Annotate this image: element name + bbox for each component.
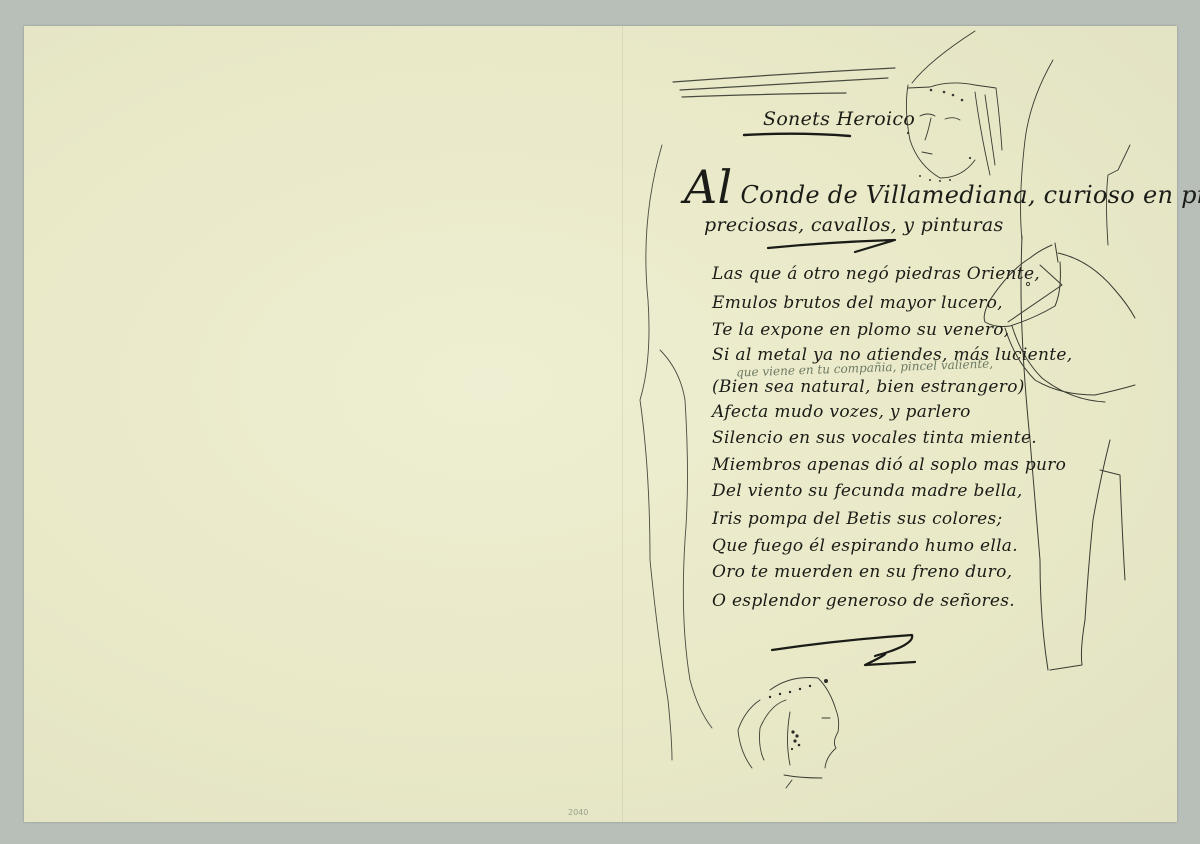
verse-line: Silencio en sus vocales tinta miente.	[712, 428, 1037, 448]
drapery-lines-icon	[640, 145, 712, 760]
poem-title: Sonets Heroico	[763, 108, 915, 130]
verse-line: Oro te muerden en su freno duro,	[712, 562, 1012, 582]
dedication-line-2: preciosas, cavallos, y pinturas	[704, 214, 1004, 236]
top-rules-icon	[673, 68, 895, 97]
verse-line: Que fuego él espirando humo ella.	[712, 536, 1018, 556]
verse-line: Miembros apenas dió al soplo mas puro	[712, 455, 1066, 475]
verse-line: Te la expone en plomo su venero,	[712, 320, 1009, 340]
woman-profile-bottom-icon	[738, 678, 839, 789]
dedication-initial: Al	[684, 160, 733, 214]
verse-line: Del viento su fecunda madre bella,	[712, 481, 1023, 501]
verse-line: (Bien sea natural, bien estrangero)	[712, 377, 1025, 397]
verse-line: Emulos brutos del mayor lucero,	[712, 293, 1003, 313]
verse-line: Afecta mudo vozes, y parlero	[712, 402, 971, 422]
dedication-line-1: AlConde de Villamediana, curioso en pied…	[684, 160, 1200, 214]
dedication-text: Conde de Villamediana, curioso en piedra…	[741, 181, 1200, 209]
verse-line: O esplendor generoso de señores.	[712, 591, 1015, 611]
verse-line: Las que á otro negó piedras Oriente,	[712, 264, 1040, 284]
inventory-mark: 2040	[568, 808, 588, 817]
verse-line: Iris pompa del Betis sus colores;	[712, 509, 1003, 529]
